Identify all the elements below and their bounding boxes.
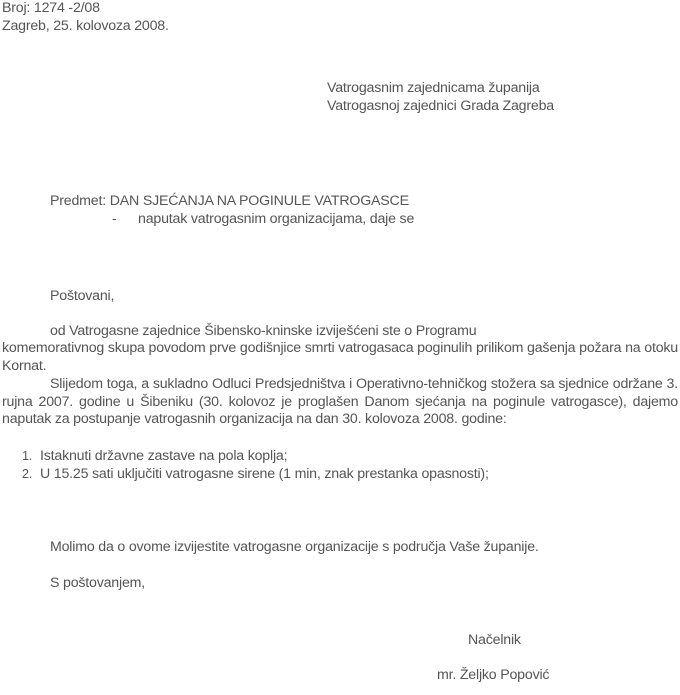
request-paragraph: Molimo da o ovome izvijestite vatrogasne… [50,538,539,556]
recipient-line-2: Vatrogasnoj zajednici Grada Zagreba [327,97,554,115]
subject-title: DAN SJEĆANJA NA POGINULE VATROGASCE [110,193,409,209]
signature-title: Načelnik [468,631,521,649]
signature-name: mr. Željko Popović [437,666,549,684]
paragraph-1-first-line: od Vatrogasne zajednice Šibensko-kninske… [50,322,476,340]
list-number: 1. [22,447,40,465]
subject-subtitle: naputak vatrogasnim organizacijama, daje… [138,211,414,227]
paragraph-1-continuation: komemorativnog skupa povodom prve godišn… [2,340,678,375]
subject-label: Predmet: [50,193,106,209]
list-text: Istaknuti državne zastave na pola koplja… [40,448,287,464]
list-item-1: 1.Istaknuti državne zastave na pola kopl… [22,447,287,465]
paragraph-2: Slijedom toga, a sukladno Odluci Predsje… [2,376,678,429]
subject-subtitle-line: - naputak vatrogasnim organizacijama, da… [112,210,414,228]
list-number: 2. [22,465,40,483]
place-date: Zagreb, 25. kolovoza 2008. [2,17,169,35]
salutation: Poštovani, [50,287,114,305]
closing: S poštovanjem, [50,574,145,592]
list-item-2: 2.U 15.25 sati uključiti vatrogasne sire… [22,465,489,483]
subject-line: Predmet: DAN SJEĆANJA NA POGINULE VATROG… [50,192,409,210]
list-text: U 15.25 sati uključiti vatrogasne sirene… [40,466,489,482]
recipient-line-1: Vatrogasnim zajednicama županija [327,79,540,97]
subject-dash: - [112,211,117,227]
reference-number: Broj: 1274 -2/08 [2,0,100,17]
